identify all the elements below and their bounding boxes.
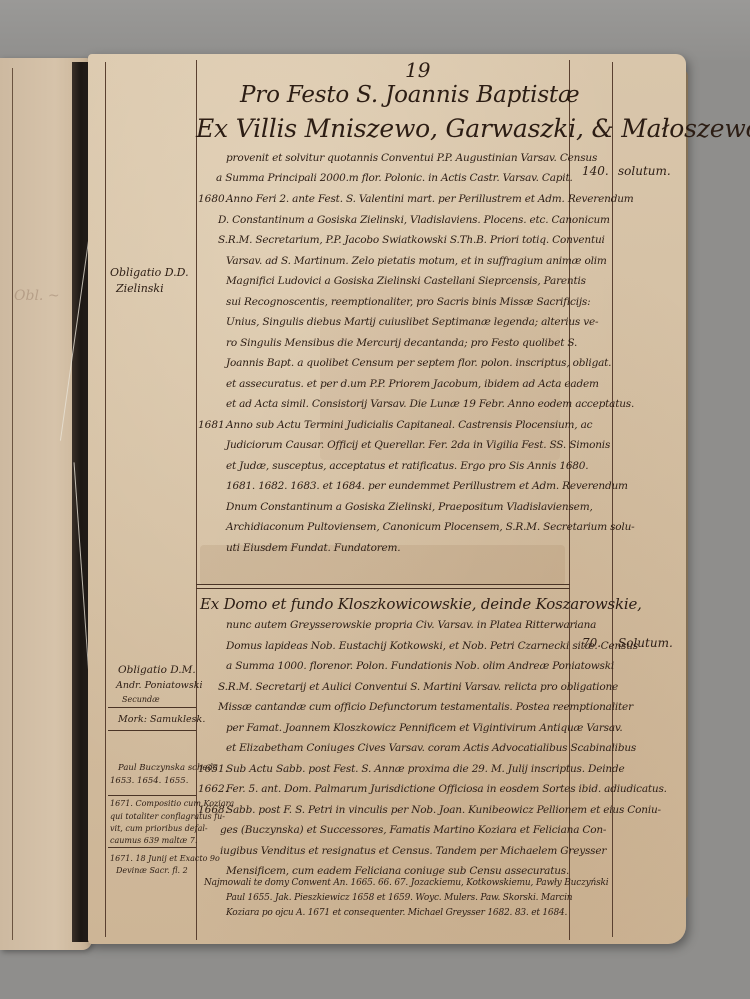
text-line: per Famat. Joannem Kloszkowicz Pennifice…: [226, 718, 623, 739]
text-line: D. Constantinum a Gosiska Zielinski, Vla…: [218, 210, 610, 231]
entry2-margin-note: Secundæ: [122, 693, 160, 706]
text-line: a Summa Principali 2000.m flor. Polonic.…: [216, 168, 573, 189]
text-line: Paul 1655. Jak. Pieszkiewicz 1658 et 165…: [226, 893, 572, 903]
entry1-margin-note: Zielinski: [116, 282, 164, 295]
text-line: Anno sub Actu Termini Judicialis Capitan…: [226, 415, 592, 436]
text-line: ro Singulis Mensibus die Mercurij decant…: [226, 333, 577, 354]
text-line: et Judæ, susceptus, acceptatus et ratifi…: [226, 456, 588, 477]
left-page-rule: [12, 68, 13, 940]
bleed-through-text: Obl. ~: [14, 288, 60, 304]
column-rule-left-margin: [105, 62, 106, 937]
margin-separator: [108, 795, 196, 796]
margin-separator: [108, 707, 196, 708]
page-number: 19: [405, 58, 430, 82]
entry2-margin-note: caumus 639 maltæ 7.: [110, 834, 197, 847]
entry-separator: [196, 588, 570, 589]
entry2-amount: 70.: [582, 636, 601, 650]
text-line: et assecuratus. et per d.um P.P. Priorem…: [226, 374, 599, 395]
text-line: Joannis Bapt. a quolibet Censum per sept…: [226, 353, 611, 374]
entry2-margin-note: Paul Buczynska scheda: [118, 762, 218, 775]
text-line: Fer. 5. ant. Dom. Palmarum Jurisdictione…: [226, 779, 667, 800]
text-line: Unius, Singulis diebus Martij cuiuslibet…: [226, 312, 598, 333]
text-line: sui Recognoscentis, reemptionaliter, pro…: [226, 292, 590, 313]
text-line: Najmowali te domy Conwent An. 1665. 66. …: [204, 878, 608, 888]
text-line: Sabb. post F. S. Petri in vinculis per N…: [226, 800, 661, 821]
text-line: Magnifici Ludovici a Gosiska Zielinski C…: [226, 271, 586, 292]
text-line: nunc autem Greysserowskie propria Civ. V…: [226, 615, 596, 636]
entry2-margin-note: 1671. Compositio cum Koziara: [110, 798, 234, 810]
text-line: 1681. 1682. 1683. et 1684. per eundemmet…: [226, 476, 628, 497]
text-line: uti Eiusdem Fundat. Fundatorem.: [226, 538, 400, 559]
text-line: et ad Acta simil. Consistorij Varsav. Di…: [226, 394, 634, 415]
entry2-year: 1662.: [198, 783, 228, 795]
entry1-year: 1681.: [198, 419, 228, 431]
margin-separator: [108, 730, 196, 731]
entry1-heading: Ex Villis Mniszewo, Garwaszki, & Małosze…: [196, 114, 750, 143]
margin-separator: [108, 847, 196, 848]
entry2-amount-status: Solutum.: [618, 636, 673, 650]
text-line: Anno Feri 2. ante Fest. S. Valentini mar…: [226, 189, 634, 210]
text-line: Judiciorum Causar. Officij et Querellar.…: [226, 435, 610, 456]
entry1-margin-note: Obligatio D.D.: [110, 266, 189, 279]
text-line: S.R.M. Secretarium, P.P. Jacobo Swiatkow…: [218, 230, 605, 251]
text-line: ges (Buczynska) et Successores, Famatis …: [220, 820, 606, 841]
text-line: Koziara po ojcu A. 1671 et consequenter.…: [226, 908, 567, 918]
entry1-year: 1680.: [198, 193, 228, 205]
entry2-margin-note: Devinæ Sacr. fl. 2: [116, 864, 188, 877]
entry2-margin-note: Obligatio D.M.: [118, 664, 196, 677]
text-line: et Elizabetham Coniuges Cives Varsav. co…: [226, 738, 636, 759]
text-line: a Summa 1000. florenor. Polon. Fundation…: [226, 656, 614, 677]
text-line: Missæ cantandæ cum officio Defunctorum t…: [218, 697, 633, 718]
text-line: Archidiaconum Pultoviensem, Canonicum Pl…: [226, 517, 635, 538]
text-line: Domus lapideas Nob. Eustachij Kotkowski,…: [226, 636, 638, 657]
entry1-title: Pro Festo S. Joannis Baptistæ: [240, 82, 579, 108]
entry2-heading: Ex Domo et fundo Kloszkowicowskie, deind…: [200, 595, 642, 613]
text-line: iugibus Venditus et resignatus et Census…: [220, 841, 606, 862]
text-line: S.R.M. Secretarij et Aulici Conventui S.…: [218, 677, 618, 698]
text-line: Dnum Constantinum a Gosiska Zielinski, P…: [226, 497, 593, 518]
entry2-margin-note: Mork: Samuklesk.: [118, 713, 205, 726]
entry2-margin-note: 1653. 1654. 1655.: [110, 775, 188, 788]
entry1-amount-status: solutum.: [618, 164, 671, 178]
entry2-margin-note: Andr. Poniatowski: [116, 679, 202, 692]
background: [0, 0, 750, 60]
text-line: Sub Actu Sabb. post Fest. S. Annæ proxim…: [226, 759, 624, 780]
entry-separator: [196, 584, 570, 585]
entry1-amount: 140.: [582, 164, 609, 178]
text-line: Varsav. ad S. Martinum. Zelo pietatis mo…: [226, 251, 607, 272]
text-line: provenit et solvitur quotannis Conventui…: [226, 148, 597, 169]
